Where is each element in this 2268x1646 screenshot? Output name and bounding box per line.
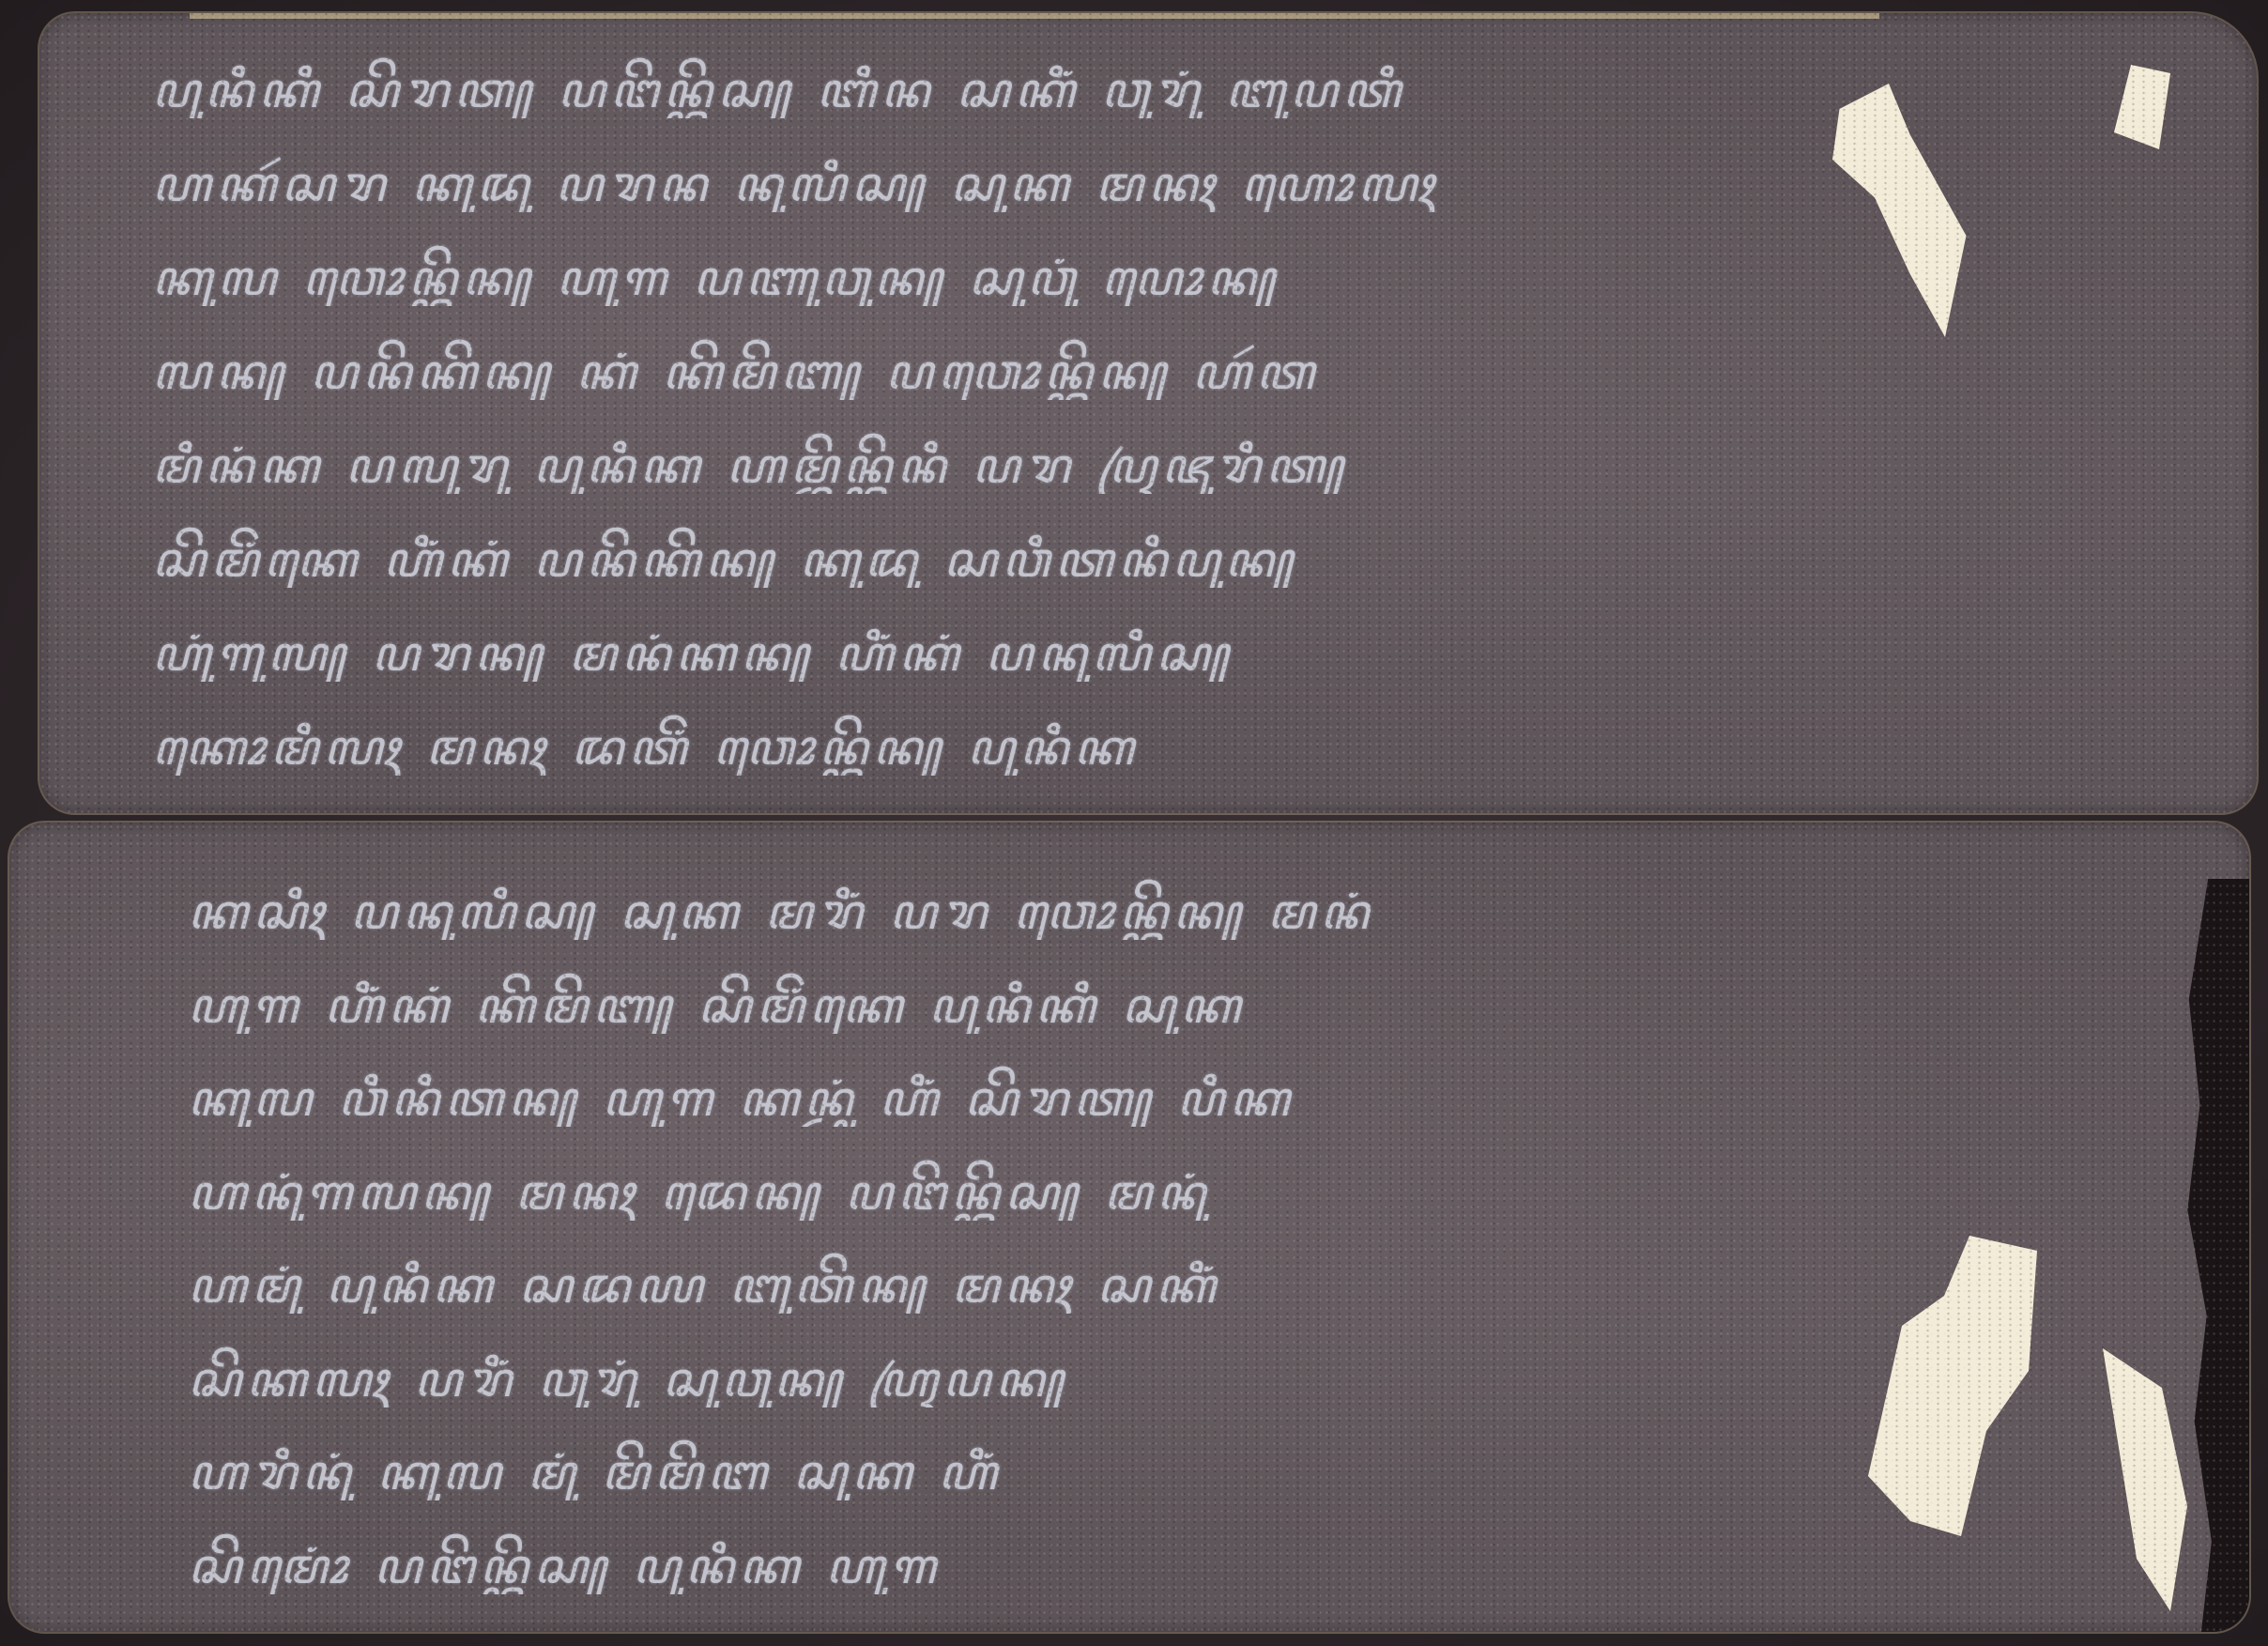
edge-wear [190,13,1879,19]
torn-edge [2181,879,2249,1632]
manuscript-leaf-top: ꦥꦸꦤꦶꦏꦶ ꦱꦼꦫꦠ꧀ ꦥꦔꦼꦤ꧀ꦠꦼꦱ꧀ ꦧꦶꦤ ꦱꦏꦶꦁ ꦮꦸꦫꦸꦁ ꦧꦸ… [39,13,2257,813]
script-line: ꦏꦸꦭ ꦮꦶꦤꦶꦠꦤ꧀ ꦲꦸꦒ ꦏꦤ꧀ꦝꦸꦁ ꦲꦶꦁ ꦱꦼꦫꦠ꧀ ꦥꦶꦏ [188,1061,2174,1127]
script-line: ꦭꦤ꧀ ꦥꦤꦼꦏꦼꦤ꧀ ꦏꦁ ꦏꦼꦩꦼꦧ꧀ ꦥꦮꦺꦴꦤ꧀ꦠꦼꦤ꧀ ꦲꦂꦠ [152,334,2182,400]
manuscript-leaf-bottom: ꦏꦱꦶꦃ ꦥꦤꦸꦭꦶꦱ꧀ ꦱꦸꦏ ꦩꦫꦶꦁ ꦥꦫ ꦮꦺꦴꦤ꧀ꦠꦼꦤ꧀ ꦩꦤꦁ ꦲ… [9,823,2249,1632]
photo-background: ꦥꦸꦤꦶꦏꦶ ꦱꦼꦫꦠ꧀ ꦥꦔꦼꦤ꧀ꦠꦼꦱ꧀ ꦧꦶꦤ ꦱꦏꦶꦁ ꦮꦸꦫꦸꦁ ꦧꦸ… [0,0,2268,1646]
text-lines-bottom: ꦏꦱꦶꦃ ꦥꦤꦸꦭꦶꦱ꧀ ꦱꦸꦏ ꦩꦫꦶꦁ ꦥꦫ ꦮꦺꦴꦤ꧀ꦠꦼꦤ꧀ ꦩꦤꦁ ꦲ… [188,874,2174,1594]
script-line: ꦏꦺꦴꦩꦶꦭꦃ ꦩꦤꦃ ꦢꦠꦼꦁ ꦮꦺꦴꦤ꧀ꦠꦼꦤ꧀ ꦥꦸꦤꦶꦏ [152,710,2182,776]
script-line: ꦲꦤꦸꦁꦒꦭꦤ꧀ ꦩꦤꦃ ꦢꦺꦤ꧀ ꦥꦔꦼꦤ꧀ꦠꦼꦱ꧀ ꦩꦤꦸꦁ [188,1155,2174,1221]
script-line: ꦱꦼꦩꦼꦁꦏꦺ ꦲꦶꦁꦏꦁ ꦥꦤꦼꦏꦼꦤ꧀ ꦏꦸꦢꦸ ꦱꦮꦶꦠꦤꦶꦥꦸꦤ꧀ [152,522,2182,588]
script-line: ꦱꦼꦩꦺꦴꦁ ꦥꦔꦼꦤ꧀ꦠꦼꦱ꧀ ꦥꦸꦤꦶꦏ ꦲꦸꦒ [188,1529,2174,1594]
script-line: ꦩꦶꦤꦁꦏ ꦥꦭꦸꦫꦸ ꦥꦸꦤꦶꦏ ꦲꦩ꧀ꦧꦼꦤ꧀ꦠꦼꦤꦶ ꦥꦫ ꦥꦿꦗꦸꦫꦶꦠ… [152,428,2182,494]
script-line: ꦲꦸꦒ ꦲꦶꦁꦏꦁ ꦏꦼꦩꦼꦧ꧀ ꦱꦼꦩꦼꦁꦏꦺ ꦥꦸꦤꦶꦏꦶ ꦱꦸꦏ [188,968,2174,1034]
script-line: ꦲꦸꦁꦒꦸꦭ꧀ ꦥꦫꦤ꧀ ꦩꦤꦁꦏꦤ꧀ ꦲꦶꦁꦏꦁ ꦥꦤꦸꦭꦶꦱ꧀ [152,616,2182,682]
script-line: ꦱꦼꦏꦭꦃ ꦥꦫꦶꦁ ꦮꦸꦫꦸꦁ ꦱꦸꦮꦸꦤ꧀ ꦲꦿꦥꦤ꧀ [188,1342,2174,1408]
script-line: ꦏꦸꦭ ꦮꦺꦴꦤ꧀ꦠꦼꦤ꧀ ꦲꦸꦒ ꦥꦚꦸꦮꦸꦤ꧀ ꦱꦸꦮꦸꦁ ꦥꦺꦴꦤ꧀ [152,240,2182,306]
script-line: ꦲꦩꦸꦁ ꦥꦸꦤꦶꦏ ꦱꦢꦪ ꦧꦸꦠꦼꦤ꧀ ꦩꦤꦃ ꦱꦏꦶꦁ [188,1248,2174,1314]
script-line: ꦏꦱꦶꦃ ꦥꦤꦸꦭꦶꦱ꧀ ꦱꦸꦏ ꦩꦫꦶꦁ ꦥꦫ ꦮꦺꦴꦤ꧀ꦠꦼꦤ꧀ ꦩꦤꦁ [188,874,2174,940]
